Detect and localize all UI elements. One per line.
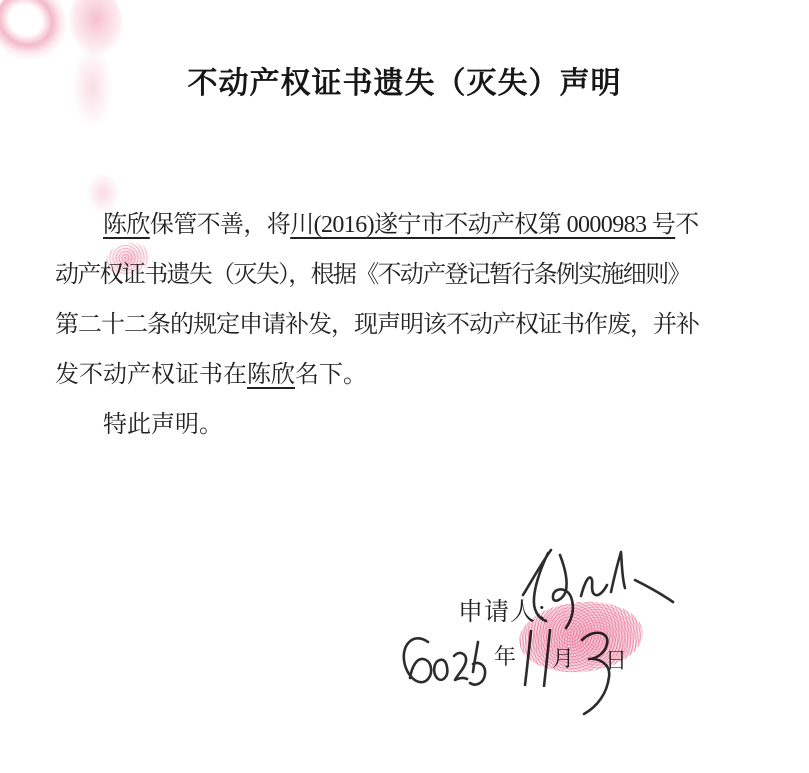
body-text-segment: 动产权证书遗失（灭失），根据《不动产登记暂行条例实施细则》 (55, 262, 690, 288)
body-line: 陈欣保管不善，将川(2016)遂宁市不动产权第 0000983 号不 (55, 200, 705, 250)
body-text-segment: 发不动产权证书在 (55, 362, 247, 388)
body-line: 第二十二条的规定申请补发，现声明该不动产权证书作废，并补 (55, 300, 705, 350)
body-text-segment: 第二十二条的规定申请补发，现声明该不动产权证书作废，并补 (55, 312, 699, 338)
handwritten-year (398, 630, 492, 692)
underlined-text: 陈欣 (247, 362, 295, 388)
body-text-segment: 名下。 (295, 362, 367, 388)
body-paragraph: 陈欣保管不善，将川(2016)遂宁市不动产权第 0000983 号不动产权证书遗… (55, 200, 705, 450)
underlined-text: 川(2016)遂宁市不动产权第 0000983 号 (290, 212, 675, 238)
body-line: 发不动产权证书在陈欣名下。 (55, 350, 705, 400)
body-line: 特此声明。 (55, 400, 705, 450)
body-line: 动产权证书遗失（灭失），根据《不动产登记暂行条例实施细则》 (55, 250, 705, 300)
document-page: 不动产权证书遗失（灭失）声明 陈欣保管不善，将川(2016)遂宁市不动产权第 0… (0, 0, 809, 773)
body-text-segment: 保管不善，将 (150, 212, 290, 238)
body-text-segment: 特此声明。 (103, 412, 223, 438)
underlined-text: 陈欣 (103, 212, 150, 238)
page-title: 不动产权证书遗失（灭失）声明 (0, 58, 809, 102)
year-label: 年 (494, 640, 516, 671)
body-text-segment: 不 (675, 212, 698, 238)
